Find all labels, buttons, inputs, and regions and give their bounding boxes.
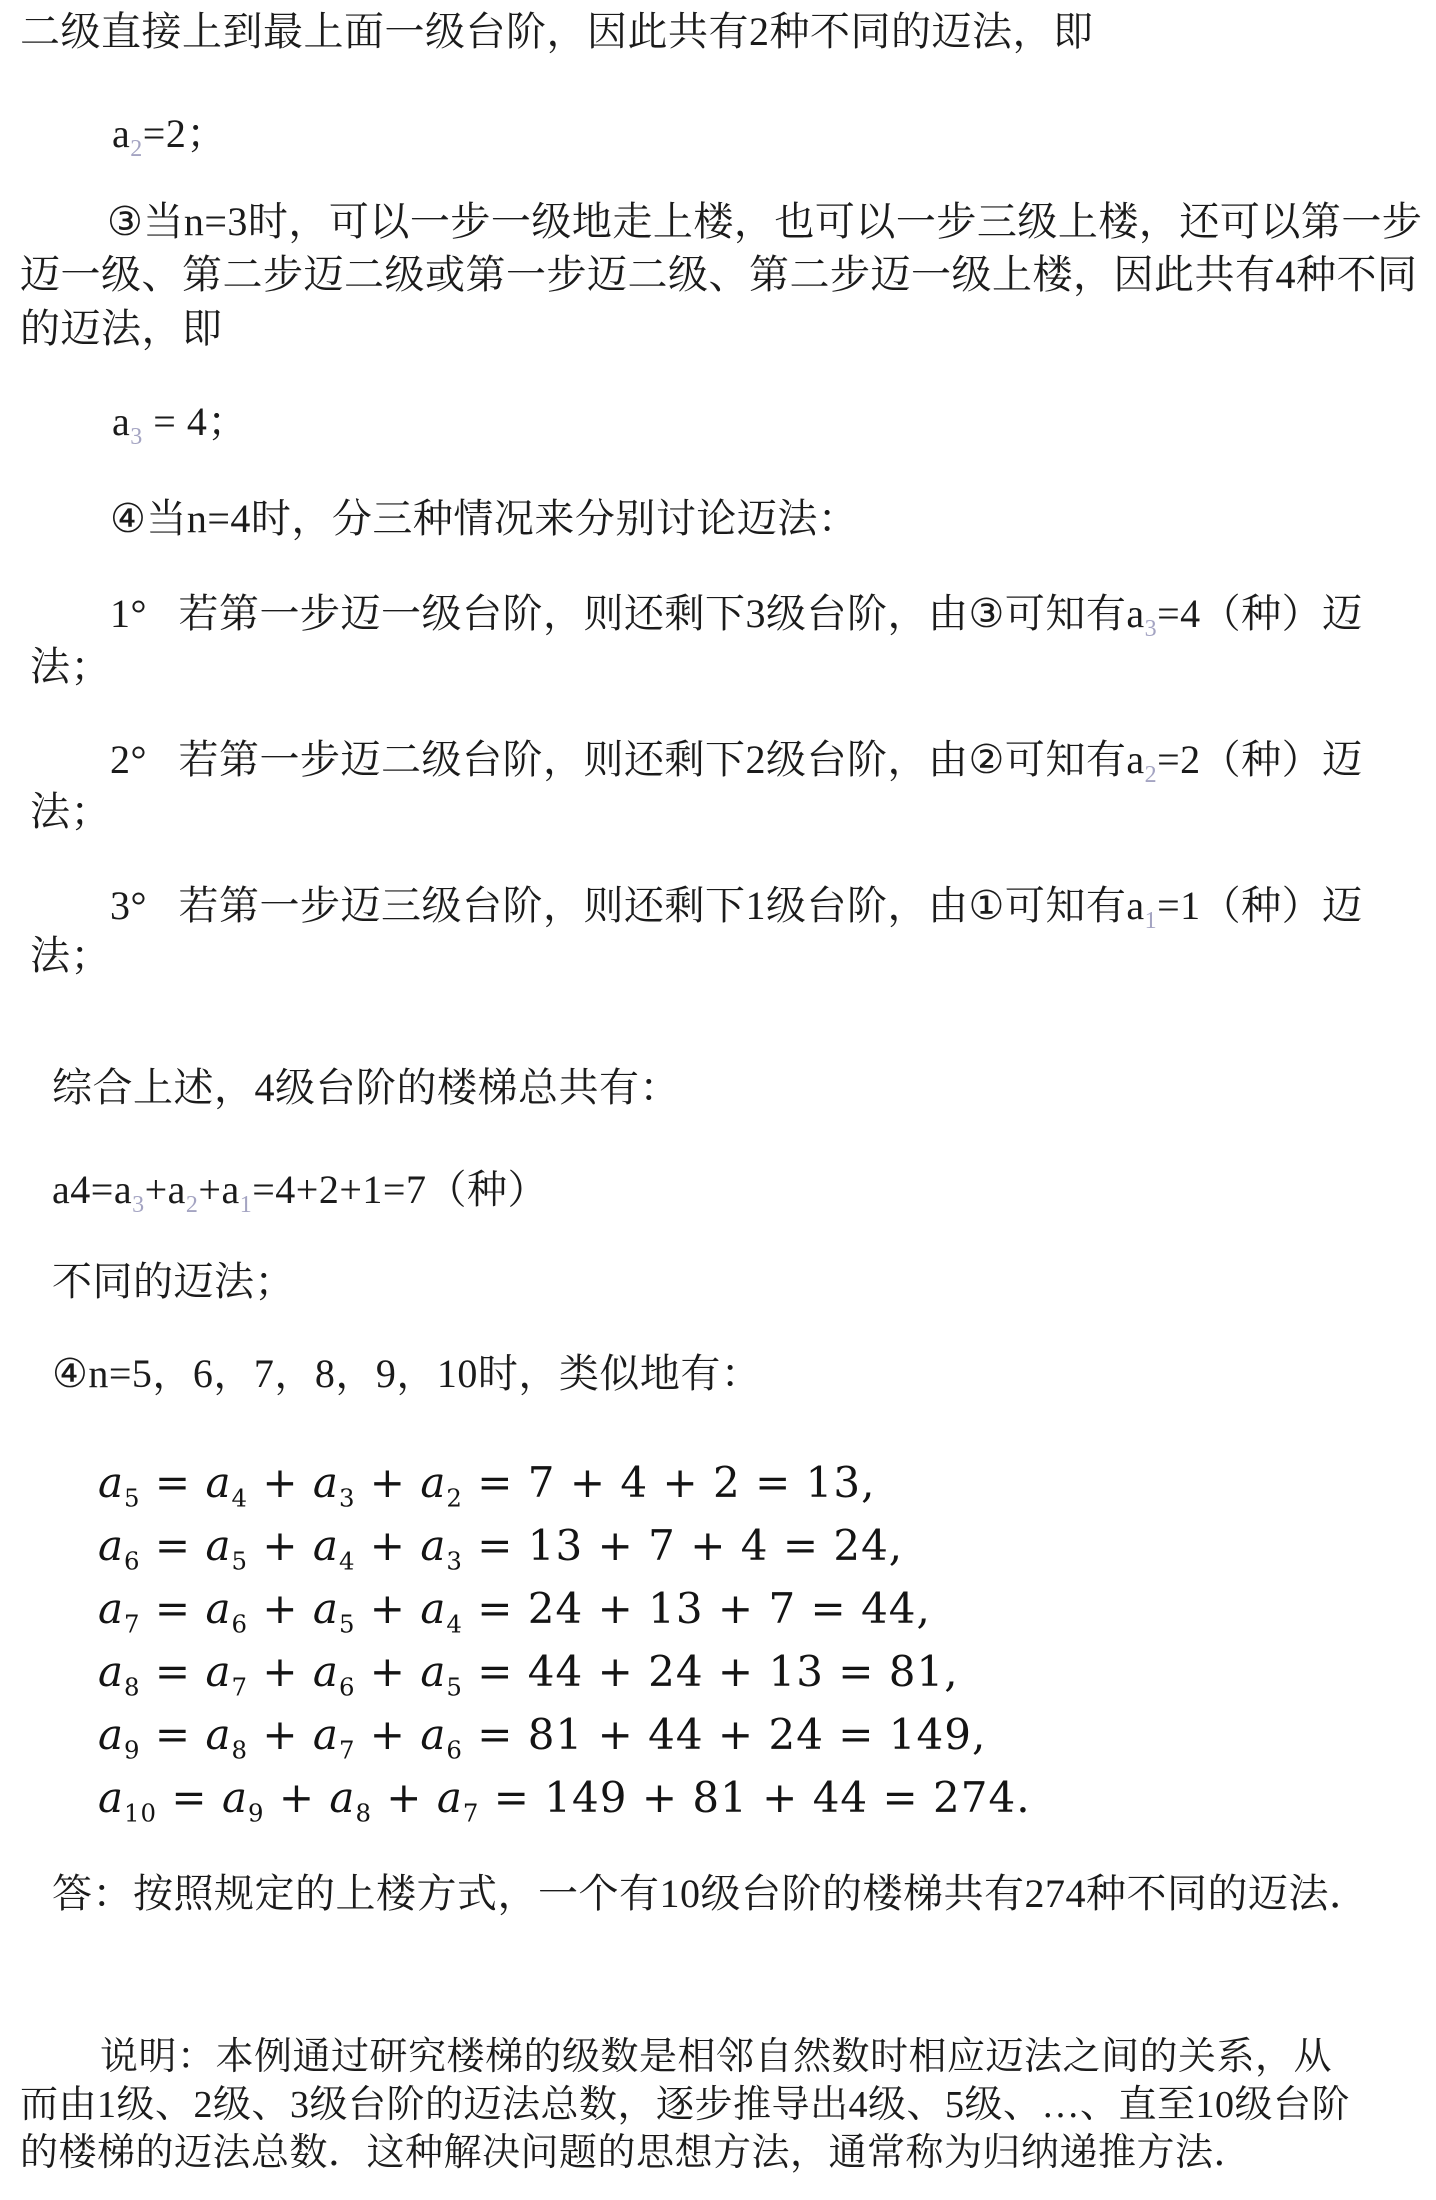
equation-a4: a4=a3+a2+a1=4+2+1=7（种） [52, 1168, 548, 1213]
case-3-main-line: 3° 若第一步迈三级台阶，则还剩下1级台阶，由①可知有a1=1（种）迈 [110, 884, 1363, 929]
case-2-main-line: 2° 若第一步迈二级台阶，则还剩下2级台阶，由②可知有a2=2（种）迈 [110, 738, 1363, 783]
note-line-3: 的楼梯的迈法总数．这种解决问题的思想方法，通常称为归纳递推方法． [20, 2132, 1252, 2175]
para-n3-line-2: 迈一级、第二步迈二级或第一步迈二级、第二步迈一级上楼，因此共有4种不同 [20, 253, 1418, 298]
recurrence-a6: a6 = a5 + a4 + a3 = 13 + 7 + 4 = 24, [98, 1523, 903, 1569]
equation-a2: a2=2； [112, 112, 227, 157]
intro-tail-line: 二级直接上到最上面一级台阶，因此共有2种不同的迈法，即 [20, 10, 1094, 55]
para-n5-heading: ④n=5，6，7，8，9，10时，类似地有： [52, 1352, 761, 1397]
recurrence-a5: a5 = a4 + a3 + a2 = 7 + 4 + 2 = 13, [98, 1460, 875, 1506]
case-3-wrap-line: 法； [30, 934, 111, 979]
note-line-2: 而由1级、2级、3级台阶的迈法总数，逐步推导出4级、5级、…、直至10级台阶 [20, 2084, 1350, 2127]
note-line-1: 说明：本例通过研究楼梯的级数是相邻自然数时相应迈法之间的关系，从 [100, 2036, 1332, 2079]
equation-a3: a3 = 4； [112, 400, 248, 445]
recurrence-a10: a10 = a9 + a8 + a7 = 149 + 81 + 44 = 274… [98, 1775, 1031, 1821]
para-n3-line-1: ③当n=3时，可以一步一级地走上楼，也可以一步三级上楼，还可以第一步 [107, 200, 1422, 245]
scanned-document: { "colors": { "background": "#ffffff", "… [0, 0, 1436, 2200]
recurrence-a9: a9 = a8 + a7 + a6 = 81 + 44 + 24 = 149, [98, 1712, 986, 1758]
summary-heading: 综合上述，4级台阶的楼梯总共有： [52, 1066, 680, 1111]
case-2-wrap-line: 法； [30, 790, 111, 835]
recurrence-a8: a8 = a7 + a6 + a5 = 44 + 24 + 13 = 81, [98, 1649, 959, 1695]
para-n4-heading: ④当n=4时，分三种情况来分别讨论迈法： [110, 497, 858, 542]
case-1-main-line: 1° 若第一步迈一级台阶，则还剩下3级台阶，由③可知有a3=4（种）迈 [110, 592, 1363, 637]
recurrence-a7: a7 = a6 + a5 + a4 = 24 + 13 + 7 = 44, [98, 1586, 931, 1632]
summary-tail-line: 不同的迈法； [52, 1260, 295, 1305]
case-1-wrap-line: 法； [30, 645, 111, 690]
para-n3-line-3: 的迈法，即 [20, 307, 223, 352]
answer-line: 答：按照规定的上楼方式，一个有10级台阶的楼梯共有274种不同的迈法． [52, 1872, 1370, 1917]
document-page: 二级直接上到最上面一级台阶，因此共有2种不同的迈法，即 a2=2； ③当n=3时… [0, 0, 1436, 2200]
